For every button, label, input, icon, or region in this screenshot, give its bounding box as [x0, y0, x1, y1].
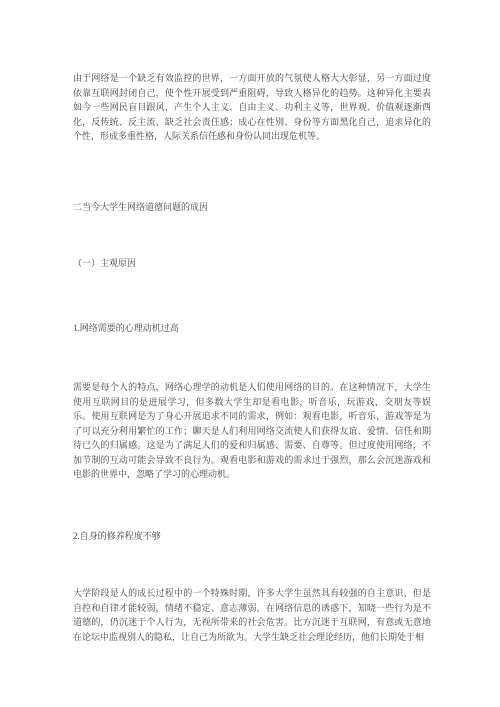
subsection-heading: （一）主观原因: [73, 256, 431, 271]
item-2-paragraph: 大学阶段是人的成长过程中的一个特殊时期，许多大学生虽然具有较强的自主意识，但是自…: [73, 586, 431, 644]
item-1-paragraph: 需要是每个人的特点，网络心理学的动机是人们使用网络的目的。在这种情况下，大学生使…: [73, 380, 431, 482]
text-column: 由于网络是一个缺乏有效监控的世界，一方面开放的气氛使人格大大彰显，另一方面过度依…: [73, 71, 431, 644]
document-page: 由于网络是一个缺乏有效监控的世界，一方面开放的气氛使人格大大彰显，另一方面过度依…: [0, 0, 500, 707]
intro-paragraph: 由于网络是一个缺乏有效监控的世界，一方面开放的气氛使人格大大彰显，另一方面过度依…: [73, 71, 431, 144]
item-1-heading: 1.网络需要的心理动机过高: [73, 321, 431, 336]
section-heading: 二当今大学生网络道德问题的成因: [73, 200, 431, 215]
item-2-heading: 2.自身的修养程度不够: [73, 529, 431, 544]
